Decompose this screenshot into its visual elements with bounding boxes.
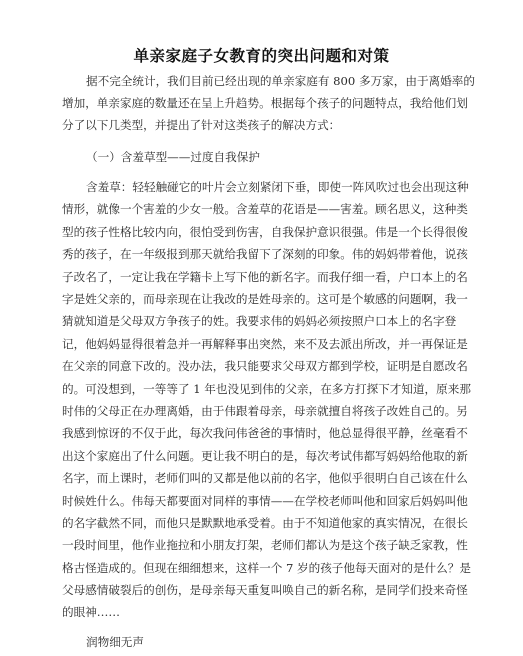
- body-line: 我感到惊讶的不仅于此，每次我问伟爸爸的事情时，他总显得很平静，丝毫看不: [62, 425, 452, 441]
- body-line: 名字，而上课时，老师们叫的又都是他以前的名字，他似乎很明白自己该在什么: [62, 470, 452, 486]
- body-line: 在父亲的同意下改的。没办法，我只能要求父母双方都到学校，证明是自愿改名: [62, 358, 452, 374]
- section-heading: （一）含羞草型——过度自我保护: [86, 149, 476, 165]
- body-line: 猜就知道是父母双方争孩子的姓。我要求伟的妈妈必须按照户口本上的名字登: [62, 313, 452, 329]
- body-line: 的。可没想到，一等等了 1 年也没见到伟的父亲，在多方打探下才知道，原来那: [62, 381, 452, 397]
- intro-line: 增加，单亲家庭的数量还在呈上升趋势。根据每个孩子的问题特点，我给他们划: [62, 95, 452, 111]
- body-line: 秀的孩子，在一年级报到那天就给我留下了深刻的印象。伟的妈妈带着他，说孩: [62, 246, 452, 262]
- body-line: 的名字截然不同，而他只是默默地承受着。由于不知道他家的真实情况，在很长: [62, 515, 452, 531]
- body-line: 情形，就像一个害羞的少女一般。含羞草的花语是——害羞。顾名思义，这种类: [62, 201, 452, 217]
- body-line: 格古怪造成的。但现在细细想来，这样一个 7 岁的孩子他每天面对的是什么？是: [62, 560, 452, 576]
- body-line: 时候姓什么。伟每天都要面对同样的事情——在学校老师叫他和回家后妈妈叫他: [62, 493, 452, 509]
- body-line: 子改名了，一定让我在学籍卡上写下他的新名字。而我仔细一看，户口本上的名: [62, 269, 452, 285]
- subheading: 润物细无声: [86, 634, 476, 650]
- intro-line: 分了以下几类型，并提出了针对这类孩子的解决方式：: [62, 117, 452, 133]
- intro-line: 据不完全统计，我们目前已经出现的单亲家庭有 800 多万家，由于离婚率的: [86, 73, 452, 89]
- body-line: 型的孩子性格比较内向，很怕受到伤害，自我保护意识很强。伟是一个长得很俊: [62, 224, 452, 240]
- body-line: 含羞草：轻轻触碰它的叶片会立刻紧闭下垂，即使一阵风吹过也会出现这种: [86, 179, 452, 195]
- document-page: 单亲家庭子女教育的突出问题和对策 据不完全统计，我们目前已经出现的单亲家庭有 8…: [0, 0, 523, 656]
- body-line: 父母感情破裂后的创伤，是母亲每天重复叫唤自己的新名称，是同学们投来奇怪: [62, 582, 452, 598]
- document-title: 单亲家庭子女教育的突出问题和对策: [0, 44, 523, 66]
- body-line: 出这个家庭出了什么问题。更让我不明白的是，每次考试伟都写妈妈给他取的新: [62, 448, 452, 464]
- body-line: 一段时间里，他作业拖拉和小朋友打架，老师们都认为是这个孩子缺乏家教，性: [62, 537, 452, 553]
- body-line: 的眼神……: [62, 604, 452, 620]
- body-line: 时伟的父母正在办理离婚，由于伟跟着母亲，母亲就擅自将孩子改姓自己的。另: [62, 403, 452, 419]
- body-line: 字是姓父亲的，而母亲现在让我改的是姓母亲的。这可是个敏感的问题啊，我一: [62, 291, 452, 307]
- body-line: 记，他妈妈显得很着急并一再解释事出突然，来不及去派出所改，并一再保证是: [62, 336, 452, 352]
